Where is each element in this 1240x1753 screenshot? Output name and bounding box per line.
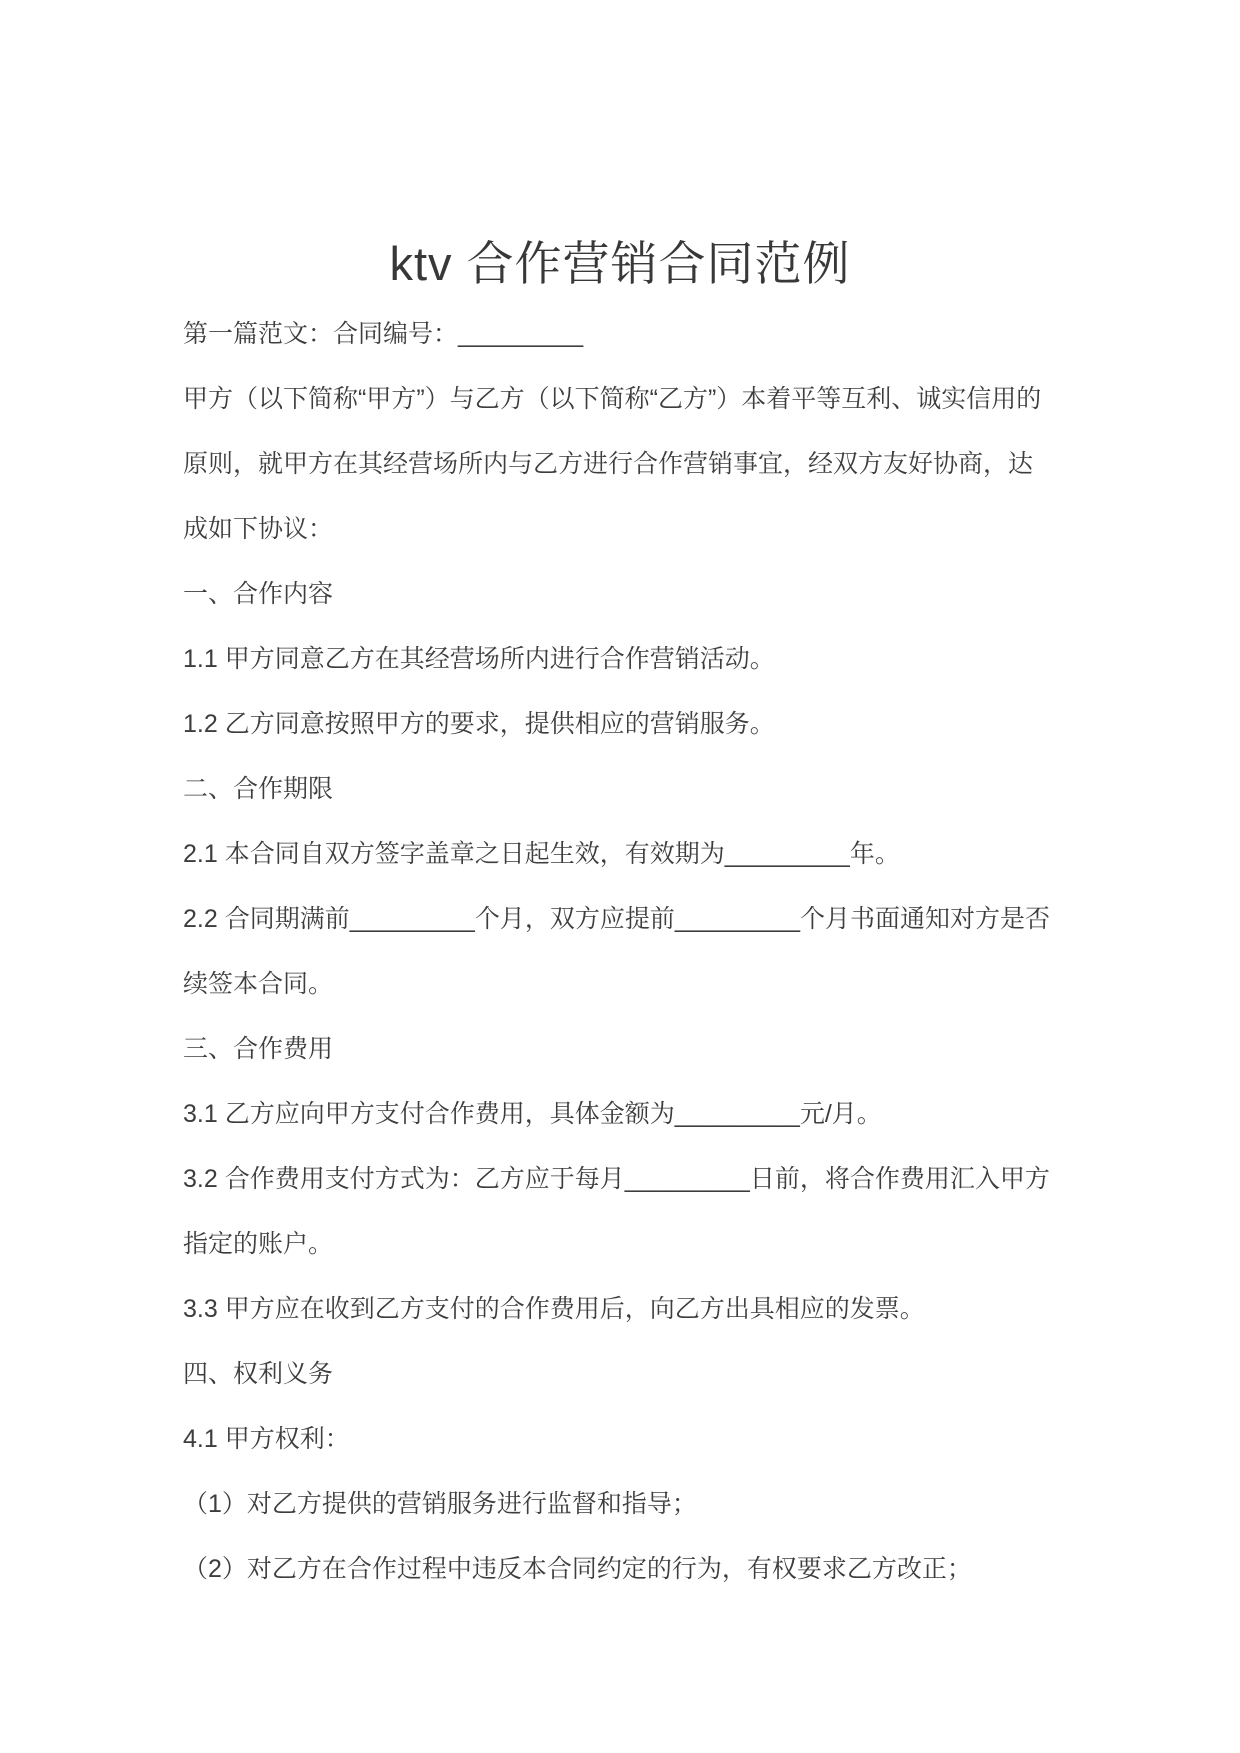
doc-line-clause-2-2-cont: 续签本合同。 [183,952,1083,1017]
contract-document-page: ktv 合作营销合同范例 第一篇范文：合同编号：_________ 甲方（以下简… [0,0,1240,1753]
doc-line-clause-1-1: 1.1 甲方同意乙方在其经营场所内进行合作营销活动。 [183,627,1083,692]
doc-line-clause-1-2: 1.2 乙方同意按照甲方的要求，提供相应的营销服务。 [183,692,1083,757]
doc-line-preamble-2: 原则，就甲方在其经营场所内与乙方进行合作营销事宜，经双方友好协商，达 [183,432,1083,497]
section-heading-2: 二、合作期限 [183,757,1083,822]
document-body: 第一篇范文：合同编号：_________ 甲方（以下简称“甲方”）与乙方（以下简… [183,302,1083,1602]
document-title: ktv 合作营销合同范例 [0,227,1240,294]
doc-line-clause-3-2: 3.2 合作费用支付方式为：乙方应于每月_________日前，将合作费用汇入甲… [183,1147,1083,1212]
doc-line-clause-3-3: 3.3 甲方应在收到乙方支付的合作费用后，向乙方出具相应的发票。 [183,1277,1083,1342]
section-heading-1: 一、合作内容 [183,562,1083,627]
doc-line-item-2: （2）对乙方在合作过程中违反本合同约定的行为，有权要求乙方改正； [183,1537,1083,1602]
doc-line-clause-2-2: 2.2 合同期满前_________个月，双方应提前_________个月书面通… [183,887,1083,952]
doc-line-item-1: （1）对乙方提供的营销服务进行监督和指导； [183,1472,1083,1537]
doc-line-preamble-3: 成如下协议： [183,497,1083,562]
section-heading-3: 三、合作费用 [183,1017,1083,1082]
doc-line-preamble-1: 甲方（以下简称“甲方”）与乙方（以下简称“乙方”）本着平等互利、诚实信用的 [183,367,1083,432]
doc-line-clause-4-1: 4.1 甲方权利： [183,1407,1083,1472]
doc-line-clause-3-1: 3.1 乙方应向甲方支付合作费用，具体金额为_________元/月。 [183,1082,1083,1147]
doc-line-clause-2-1: 2.1 本合同自双方签字盖章之日起生效，有效期为_________年。 [183,822,1083,887]
doc-line-contract-number: 第一篇范文：合同编号：_________ [183,302,1083,367]
doc-line-clause-3-2-cont: 指定的账户。 [183,1212,1083,1277]
section-heading-4: 四、权利义务 [183,1342,1083,1407]
